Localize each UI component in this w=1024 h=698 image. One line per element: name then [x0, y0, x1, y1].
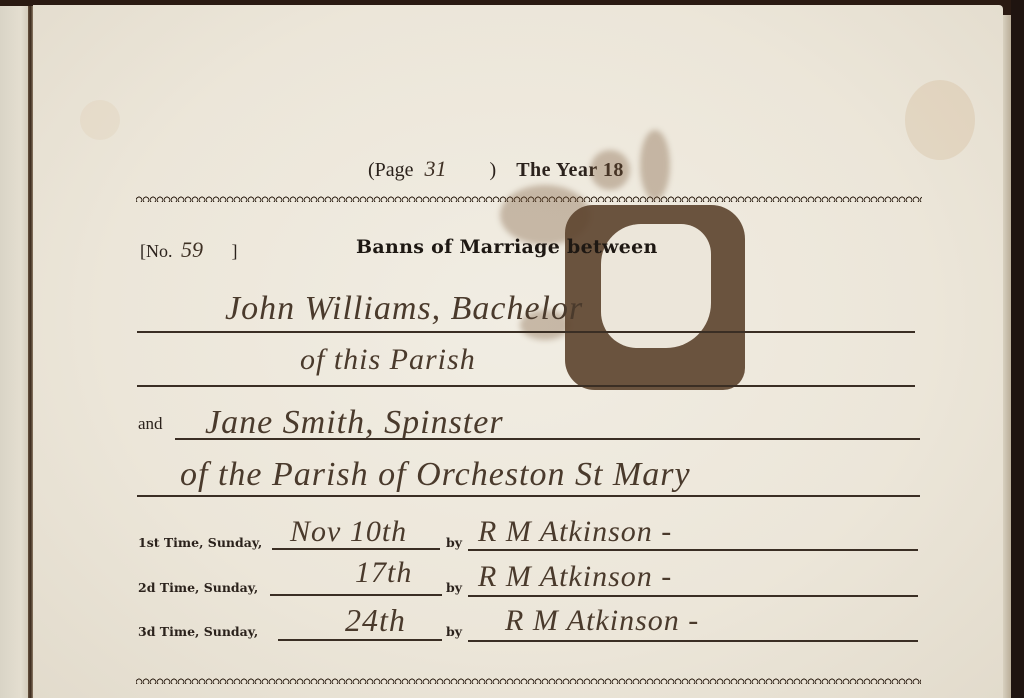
stain-splash — [640, 130, 670, 200]
page-suffix: ) — [490, 159, 497, 181]
groom-rule — [137, 331, 915, 333]
groom-parish: of this Parish — [300, 343, 476, 377]
foxing-spot — [905, 80, 975, 160]
page-number: 31 — [425, 156, 479, 182]
page-prefix: (Page — [368, 159, 414, 181]
banns-title: Banns of Marriage between — [356, 236, 658, 258]
groom-parish-rule — [137, 385, 915, 387]
stain-splash — [590, 150, 630, 190]
second-date-rule — [270, 594, 442, 596]
second-time-label: 2d Time, Sunday, — [138, 580, 258, 595]
second-officiant-rule — [468, 595, 918, 597]
entry-number: [No. 59 ] — [140, 237, 238, 263]
and-label: and — [138, 414, 163, 434]
third-time-date: 24th — [345, 602, 406, 639]
first-officiant-rule — [468, 549, 918, 551]
left-facing-page — [0, 6, 30, 698]
second-officiant: R M Atkinson - — [478, 560, 672, 594]
first-date-rule — [272, 548, 440, 550]
book-cover-edge — [1011, 0, 1024, 698]
page-stack-edge — [1003, 15, 1011, 698]
first-time-date: Nov 10th — [290, 515, 407, 549]
bride-name: Jane Smith, Spinster — [205, 404, 504, 442]
foxing-spot — [80, 100, 120, 140]
third-officiant: R M Atkinson - — [505, 604, 699, 638]
first-by-label: by — [446, 535, 462, 550]
first-officiant: R M Atkinson - — [478, 515, 672, 549]
third-time-label: 3d Time, Sunday, — [138, 624, 258, 639]
first-time-label: 1st Time, Sunday, — [138, 535, 262, 550]
ornamental-rule-bottom — [136, 676, 921, 684]
second-time-date: 17th — [355, 556, 412, 590]
third-date-rule — [278, 639, 442, 641]
third-officiant-rule — [468, 640, 918, 642]
third-by-label: by — [446, 624, 462, 639]
entry-number-prefix: [No. — [140, 241, 173, 261]
page-header: (Page 31 ) The Year 18 — [368, 156, 624, 182]
entry-number-value: 59 — [181, 237, 227, 263]
second-by-label: by — [446, 580, 462, 595]
groom-name: John Williams, Bachelor — [225, 290, 583, 328]
bride-rule — [175, 438, 920, 440]
bride-parish-rule — [137, 495, 920, 497]
bride-parish: of the Parish of Orcheston St Mary — [180, 456, 691, 494]
entry-number-suffix: ] — [232, 241, 238, 261]
